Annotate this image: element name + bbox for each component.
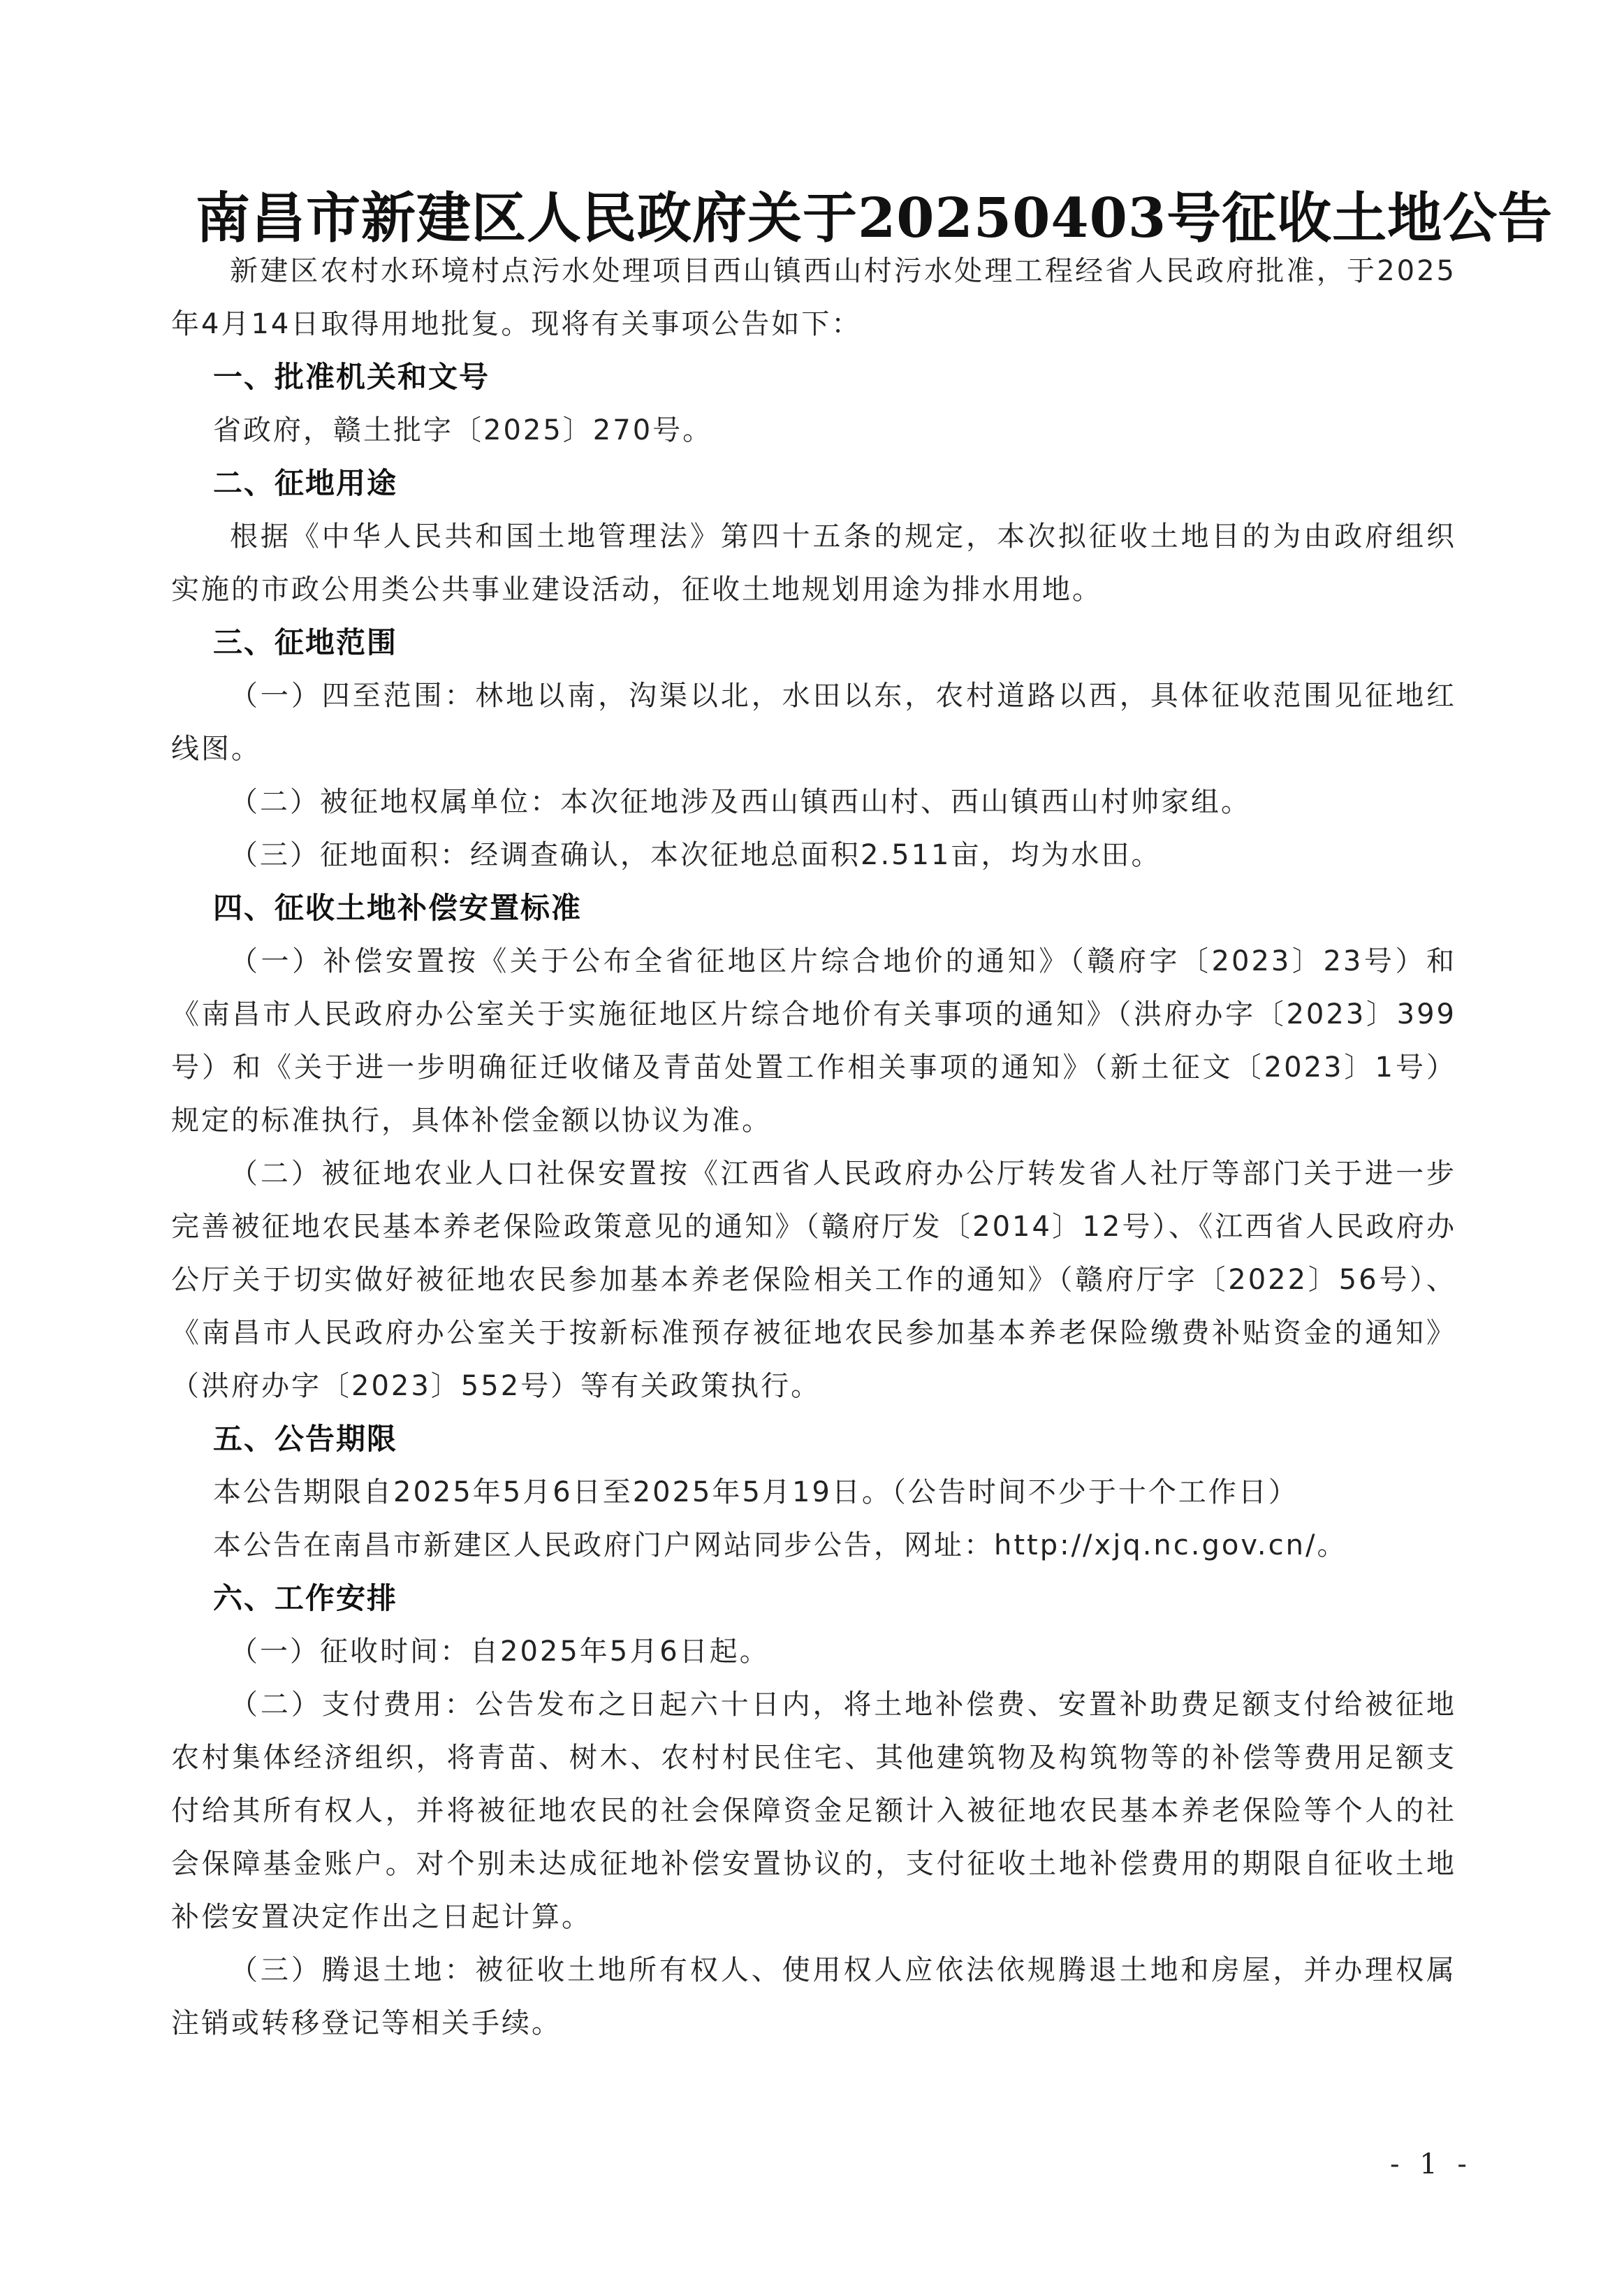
- document-page: 南昌市新建区人民政府关于20250403号征收土地公告 新建区农村水环境村点污水…: [0, 0, 1624, 2295]
- paragraph-scope-boundaries: （一）四至范围：林地以南，沟渠以北，水田以东，农村道路以西，具体征收范围见征地红…: [171, 669, 1456, 775]
- paragraph-work-vacate: （三）腾退土地：被征收土地所有权人、使用权人应依法依规腾退土地和房屋，并办理权属…: [171, 1944, 1456, 2050]
- section-heading-compensation: 四、征收土地补偿安置标准: [171, 882, 1456, 935]
- section-heading-work-arrangement: 六、工作安排: [171, 1572, 1456, 1625]
- paragraph-work-payment: （二）支付费用：公告发布之日起六十日内，将土地补偿费、安置补助费足额支付给被征地…: [171, 1678, 1456, 1944]
- paragraph-scope-owners: （二）被征地权属单位：本次征地涉及西山镇西山村、西山镇西山村帅家组。: [171, 775, 1456, 829]
- paragraph-scope-area: （三）征地面积：经调查确认，本次征地总面积2.511亩，均为水田。: [171, 829, 1456, 882]
- paragraph-compensation-standard: （一）补偿安置按《关于公布全省征地区片综合地价的通知》（赣府字〔2023〕23号…: [171, 935, 1456, 1147]
- page-number: - 1 -: [1390, 2148, 1472, 2180]
- document-body: 新建区农村水环境村点污水处理项目西山镇西山村污水处理工程经省人民政府批准，于20…: [171, 245, 1456, 2050]
- paragraph-notice-period: 本公告期限自2025年5月6日至2025年5月19日。（公告时间不少于十个工作日…: [171, 1466, 1456, 1519]
- paragraph-compensation-social-security: （二）被征地农业人口社保安置按《江西省人民政府办公厅转发省人社厅等部门关于进一步…: [171, 1147, 1456, 1413]
- paragraph-work-time: （一）征收时间：自2025年5月6日起。: [171, 1625, 1456, 1678]
- intro-paragraph: 新建区农村水环境村点污水处理项目西山镇西山村污水处理工程经省人民政府批准，于20…: [171, 245, 1456, 351]
- page-title: 南昌市新建区人民政府关于20250403号征收土地公告: [196, 175, 1425, 253]
- section-heading-scope: 三、征地范围: [171, 616, 1456, 669]
- paragraph-approval: 省政府，赣土批字〔2025〕270号。: [171, 404, 1456, 457]
- paragraph-purpose: 根据《中华人民共和国土地管理法》第四十五条的规定，本次拟征收土地目的为由政府组织…: [171, 510, 1456, 616]
- section-heading-approval: 一、批准机关和文号: [171, 351, 1456, 404]
- paragraph-notice-website: 本公告在南昌市新建区人民政府门户网站同步公告，网址：http://xjq.nc.…: [171, 1519, 1456, 1572]
- section-heading-notice-period: 五、公告期限: [171, 1413, 1456, 1466]
- section-heading-purpose: 二、征地用途: [171, 457, 1456, 510]
